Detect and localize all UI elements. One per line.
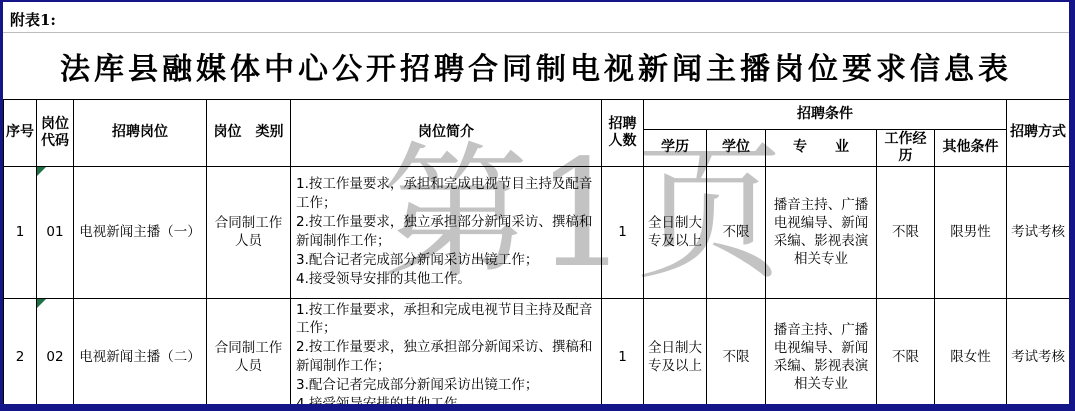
page-title: 法库县融媒体中心公开招聘合同制电视新闻主播岗位要求信息表 xyxy=(3,33,1069,99)
cell-position: 电视新闻主播（二） xyxy=(74,298,207,411)
cell-degree: 不限 xyxy=(707,298,766,411)
col-header-degree: 学位 xyxy=(707,130,766,167)
cell-experience: 不限 xyxy=(877,298,935,411)
recruitment-table: 序号 岗位代码 招聘岗位 岗位 类别 岗位简介 招聘人数 招聘条件 招聘方式 学… xyxy=(3,99,1070,411)
cell-major: 播音主持、广播电视编导、新闻采编、影视表演相关专业 xyxy=(766,166,877,298)
cell-experience: 不限 xyxy=(877,166,935,298)
cell-code-text: 01 xyxy=(46,224,63,240)
intro-line: 3.配合记者完成部分新闻采访出镜工作； xyxy=(296,376,596,395)
intro-line: 4.接受领导安排的其他工作。 xyxy=(296,270,596,289)
col-header-other: 其他条件 xyxy=(935,130,1007,167)
cell-other: 限男性 xyxy=(935,166,1007,298)
cell-education: 全日制大专及以上 xyxy=(644,166,707,298)
cell-headcount: 1 xyxy=(602,166,644,298)
col-header-position: 招聘岗位 xyxy=(74,100,207,167)
cell-major: 播音主持、广播电视编导、新闻采编、影视表演相关专业 xyxy=(766,298,877,411)
cell-method: 考试考核 xyxy=(1007,298,1070,411)
col-header-intro: 岗位简介 xyxy=(291,100,602,167)
appendix-label: 附表1: xyxy=(3,2,1069,33)
cell-position: 电视新闻主播（一） xyxy=(74,166,207,298)
cell-headcount: 1 xyxy=(602,298,644,411)
intro-line: 4.接受领导安排的其他工作。 xyxy=(296,395,596,411)
col-header-education: 学历 xyxy=(644,130,707,167)
cell-intro: 1.按工作量要求，承担和完成电视节目主持及配音工作； 2.按工作量要求，独立承担… xyxy=(291,166,602,298)
cell-code-text: 02 xyxy=(46,349,63,365)
excel-corner-marker-icon xyxy=(37,299,46,308)
col-header-major: 专 业 xyxy=(766,130,877,167)
cell-method: 考试考核 xyxy=(1007,166,1070,298)
col-header-category: 岗位 类别 xyxy=(207,100,291,167)
intro-line: 2.按工作量要求，独立承担部分新闻采访、撰稿和新闻制作工作； xyxy=(296,213,596,251)
excel-corner-marker-icon xyxy=(37,167,46,176)
col-header-headcount: 招聘人数 xyxy=(602,100,644,167)
intro-line: 1.按工作量要求，承担和完成电视节目主持及配音工作； xyxy=(296,175,596,213)
cell-code: 02 xyxy=(37,298,74,411)
cell-degree: 不限 xyxy=(707,166,766,298)
cell-seq: 1 xyxy=(4,166,37,298)
col-header-experience: 工作经历 xyxy=(877,130,935,167)
col-header-seq: 序号 xyxy=(4,100,37,167)
cell-code: 01 xyxy=(37,166,74,298)
cell-seq: 2 xyxy=(4,298,37,411)
cell-other: 限女性 xyxy=(935,298,1007,411)
intro-line: 2.按工作量要求，独立承担部分新闻采访、撰稿和新闻制作工作； xyxy=(296,338,596,376)
table-row: 1 01 电视新闻主播（一） 合同制工作人员 1.按工作量要求，承担和完成电视节… xyxy=(4,166,1070,298)
cell-category: 合同制工作人员 xyxy=(207,166,291,298)
table-row: 2 02 电视新闻主播（二） 合同制工作人员 1.按工作量要求，承担和完成电视节… xyxy=(4,298,1070,411)
col-header-method: 招聘方式 xyxy=(1007,100,1070,167)
intro-line: 1.按工作量要求，承担和完成电视节目主持及配音工作； xyxy=(296,301,596,339)
document-page: 附表1: 法库县融媒体中心公开招聘合同制电视新闻主播岗位要求信息表 第1页 序号… xyxy=(0,0,1075,411)
col-header-code: 岗位代码 xyxy=(37,100,74,167)
intro-line: 3.配合记者完成部分新闻采访出镜工作； xyxy=(296,251,596,270)
cell-intro: 1.按工作量要求，承担和完成电视节目主持及配音工作； 2.按工作量要求，独立承担… xyxy=(291,298,602,411)
cell-education: 全日制大专及以上 xyxy=(644,298,707,411)
cell-category: 合同制工作人员 xyxy=(207,298,291,411)
col-header-conditions-group: 招聘条件 xyxy=(644,100,1007,130)
